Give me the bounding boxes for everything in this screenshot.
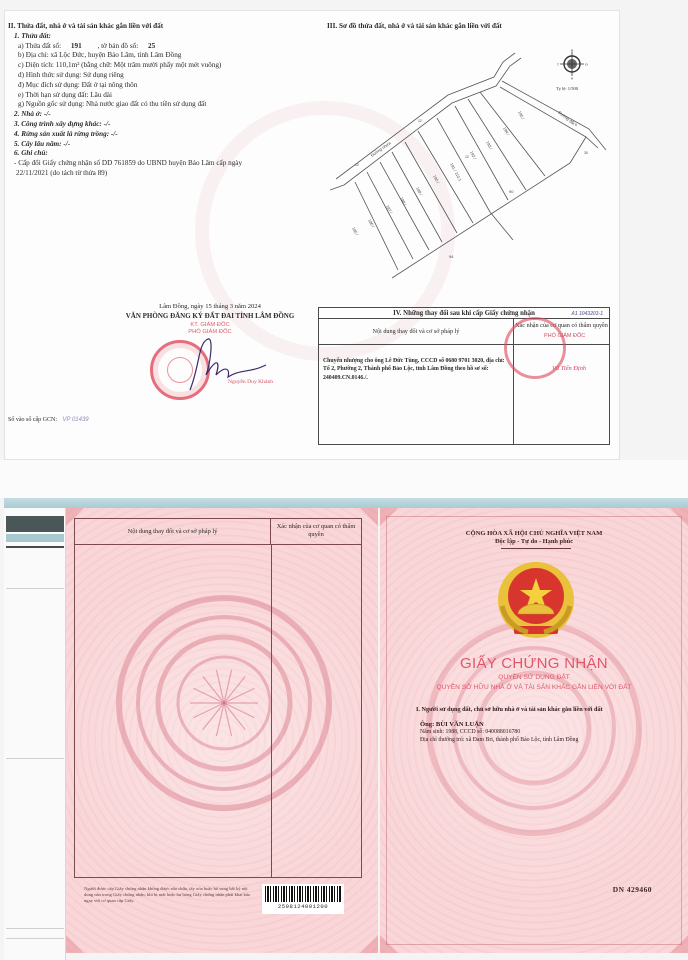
area-line: c) Diện tích: 110,1m² (bằng chữ: Một tră… [8, 61, 308, 71]
origin-line: g) Nguồn gốc sử dụng: Nhà nước giao đất … [8, 100, 308, 110]
usage-form-line: d) Hình thức sử dụng: Sử dụng riêng [8, 71, 308, 81]
certificate-subtitle-2: QUYỀN SỞ HỮU NHÀ Ở VÀ TÀI SẢN KHÁC GẮN L… [380, 684, 688, 691]
svg-text:5: 5 [575, 123, 577, 127]
certificate-back-page: Nội dung thay đổi và cơ sở pháp lý Xác n… [66, 508, 378, 953]
section-4-title: IV. Những thay đổi sau khi cấp Giấy chứn… [319, 308, 609, 319]
owner-section-title: I. Người sử dụng đất, chủ sở hữu nhà ở v… [416, 706, 603, 713]
svg-text:94: 94 [449, 254, 454, 259]
signer-name: Nguyễn Duy Khánh [228, 379, 273, 385]
other-works-line: 3. Công trình xây dựng khác: -/- [8, 120, 308, 130]
gcn-register-number: Số vào sổ cấp GCN: VP 01439 [8, 417, 89, 423]
issuing-office: VĂN PHÒNG ĐĂNG KÝ ĐẤT ĐAI TỈNH LÂM ĐỒNG [100, 312, 320, 320]
barcode-bars [265, 886, 341, 902]
land-heading: 1. Thửa đất: [8, 32, 308, 42]
owner-name: Ông: BÙI VĂN LUẬN [420, 721, 484, 728]
svg-text:12: 12 [465, 155, 469, 159]
owner-birth-id: Năm sinh: 1988, CCCD số: 040088016780 [420, 729, 520, 735]
svg-text:188 /: 188 / [399, 196, 408, 207]
confirm-cell: PHÓ GIÁM ĐỐC Vũ Tiến Định [514, 345, 609, 444]
signature-block: Lâm Đồng, ngày 15 tháng 3 năm 2024 VĂN P… [100, 303, 320, 335]
parcel-line: a) Thửa đất số: 191 , tờ bản đồ số: 25 [8, 42, 308, 52]
svg-text:192 /: 192 / [469, 150, 478, 161]
duration-line: e) Thời hạn sử dụng đất: Lâu dài [8, 91, 308, 101]
svg-text:195 /: 195 / [517, 110, 526, 121]
svg-text:90: 90 [509, 189, 514, 194]
section-4-code: A1 1043203-1 [571, 309, 603, 320]
svg-text:190 /: 190 / [432, 174, 441, 185]
svg-text:12: 12 [355, 163, 359, 167]
svg-text:12: 12 [418, 119, 422, 123]
section-4-header-row: Nội dung thay đổi và cơ sở pháp lý Xác n… [319, 319, 609, 345]
purpose-line: đ) Mục đích sử dụng: Đất ở tại nông thôn [8, 81, 308, 91]
issue-date: Lâm Đồng, ngày 15 tháng 3 năm 2024 [100, 303, 320, 310]
page-gap [0, 460, 688, 498]
notes-heading: 6. Ghi chú: [8, 149, 308, 159]
svg-text:Đường đất: Đường đất [557, 110, 576, 126]
svg-text:193 /: 193 / [485, 140, 494, 151]
gcn-register-label: Số vào sổ cấp GCN: [8, 417, 57, 423]
certificate-serial: DN 429460 [613, 885, 652, 894]
col-confirm-header: Xác nhận của cơ quan có thẩm quyền [271, 519, 361, 544]
owner-address: Địa chỉ thường trú: xã Đam Bri, thành ph… [420, 737, 578, 743]
signer-role-1: KT. GIÁM ĐỐC [100, 322, 320, 328]
parcel-number: 191 [71, 42, 82, 50]
planted-forest-line: 4. Rừng sản xuất là rừng trồng: -/- [8, 130, 308, 140]
cover-edge [4, 498, 688, 508]
confirm-role: PHÓ GIÁM ĐỐC [544, 333, 585, 339]
section-2-title: II. Thửa đất, nhà ở và tài sản khác gắn … [8, 22, 308, 32]
note-line-1: - Cấp đổi Giấy chứng nhận số DD 761859 d… [8, 159, 308, 169]
svg-text:191 / 110,1: 191 / 110,1 [449, 162, 463, 182]
certificate-cover-page: CỘNG HÒA XÃ HỘI CHỦ NGHĨA VIỆT NAM Độc l… [380, 508, 688, 953]
map-sheet-label: , tờ bản đồ số: [97, 42, 138, 50]
changes-table-blank: Nội dung thay đổi và cơ sở pháp lý Xác n… [74, 518, 362, 878]
note-line-2: 22/11/2021 (do tách từ thửa 89) [8, 169, 308, 179]
col-changes-header: Nội dung thay đổi và cơ sở pháp lý [319, 319, 514, 344]
national-motto: Độc lập - Tự do - Hạnh phúc [380, 538, 688, 545]
svg-text:194 /: 194 / [502, 126, 511, 137]
barcode-number: 2508124001200 [265, 903, 341, 910]
signature-mark [170, 335, 270, 395]
national-emblem-icon [488, 556, 584, 646]
perennial-trees-line: 5. Cây lâu năm: -/- [8, 140, 308, 150]
svg-text:185 /: 185 / [351, 226, 360, 237]
gcn-register-value: VP 01439 [63, 417, 89, 423]
barcode: 2508124001200 [262, 884, 344, 914]
parcel-map: 185 /186 /187 /188 /189 /190 /191 / 110,… [330, 40, 615, 290]
col-changes-header: Nội dung thay đổi và cơ sở pháp lý [75, 519, 271, 544]
background-strip [4, 508, 66, 960]
transfer-entry: Chuyển nhượng cho ông Lê Đức Tùng, CCCD … [319, 345, 514, 444]
section-4-title-text: IV. Những thay đổi sau khi cấp Giấy chứn… [393, 310, 535, 317]
svg-text:30: 30 [584, 151, 588, 155]
map-sheet-number: 25 [148, 42, 155, 50]
disclaimer-text: Người được cấp Giấy chứng nhận không đượ… [84, 886, 254, 904]
certificate-title: GIẤY CHỨNG NHẬN [380, 655, 688, 672]
parcel-label: a) Thửa đất số: [18, 42, 61, 50]
address-line: b) Địa chỉ: xã Lộc Đức, huyện Bảo Lâm, t… [8, 51, 308, 61]
certificate-subtitle-1: QUYỀN SỬ DỤNG ĐẤT [380, 674, 688, 681]
section-3-title: III. Sơ đồ thửa đất, nhà ở và tài sản kh… [327, 22, 502, 30]
svg-text:186 /: 186 / [367, 218, 376, 229]
svg-text:Đường nhựa: Đường nhựa [370, 140, 392, 158]
changes-table-header: Nội dung thay đổi và cơ sở pháp lý Xác n… [75, 519, 361, 545]
confirm-signer: Vũ Tiến Định [552, 365, 586, 372]
nation-header: CỘNG HÒA XÃ HỘI CHỦ NGHĨA VIỆT NAM [380, 530, 688, 537]
section-4-changes-table: IV. Những thay đổi sau khi cấp Giấy chứn… [318, 307, 610, 445]
section-land-details: II. Thửa đất, nhà ở và tài sản khác gắn … [8, 22, 308, 179]
section-4-entry-row: Chuyển nhượng cho ông Lê Đức Tùng, CCCD … [319, 345, 609, 444]
house-line: 2. Nhà ở: -/- [8, 110, 308, 120]
